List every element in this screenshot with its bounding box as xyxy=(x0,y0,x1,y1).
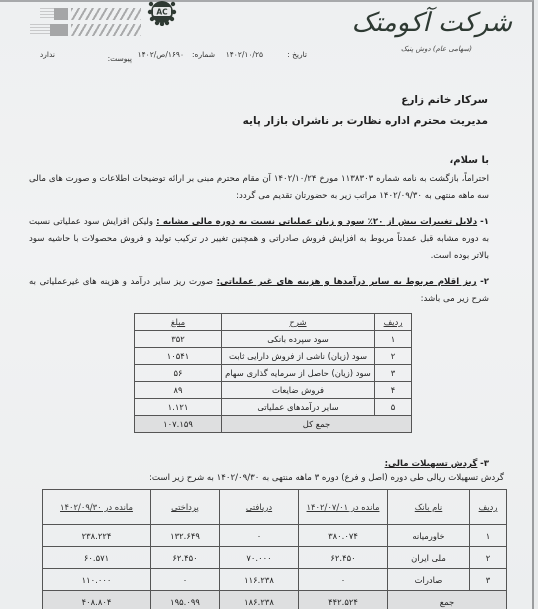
section-3-number: ۳- xyxy=(480,459,489,469)
section-2-number: ۲- xyxy=(480,277,489,287)
col-header-closing-balance: مانده در ۱۴۰۲/۰۹/۳۰ xyxy=(43,490,151,525)
number-label: شماره: xyxy=(192,50,215,59)
table-header-row: ردیف نام بانک مانده در ۱۴۰۲/۰۷/۰۱ دریافت… xyxy=(43,490,507,525)
section-3-text: گردش تسهیلات ریالی طی دوره (اصل و فرع) د… xyxy=(34,470,504,487)
date-label: تاریخ : xyxy=(287,50,307,59)
col-header-amount: مبلغ xyxy=(135,314,222,331)
company-logo-icon: AC xyxy=(147,0,177,26)
col-header-paid: پرداختی xyxy=(151,490,220,525)
table-row: ۲ سود (زیان) ناشی از فروش دارایی ثابت ۱۰… xyxy=(135,348,412,365)
section-3-heading: گردش تسهیلات مالی: xyxy=(385,459,478,469)
table-row: ۲ ملی ایران ۶۲.۴۵۰ ۷۰.۰۰۰ ۶۲.۴۵۰ ۶۰.۵۷۱ xyxy=(43,547,507,569)
table-row: ۵ سایر درآمدهای عملیاتی ۱.۱۲۱ xyxy=(135,399,412,416)
total-label: جمع xyxy=(388,591,507,609)
attachment-value: ندارد xyxy=(40,50,55,59)
total-value: ۱۰۷.۱۵۹ xyxy=(135,416,222,433)
company-subtitle: (سهامی عام) دوش پنیک xyxy=(401,45,472,53)
date-value: ۱۴۰۲/۱۰/۲۵ xyxy=(226,50,263,59)
col-header-opening-balance: مانده در ۱۴۰۲/۰۷/۰۱ xyxy=(299,490,388,525)
col-header-row-no: ردیف xyxy=(375,314,412,331)
recipient-name: سرکار خانم زارع xyxy=(401,94,488,106)
intro-paragraph: احتراماً، بازگشت به نامه شماره ۱۱۳۸۳۰۳ م… xyxy=(29,171,489,205)
col-header-row-no: ردیف xyxy=(470,490,507,525)
greeting: با سلام، xyxy=(449,155,489,166)
recipient-department: مدیریت محترم اداره نظارت بر ناشران بازار… xyxy=(243,115,488,127)
col-header-bank-name: نام بانک xyxy=(388,490,470,525)
table-row: ۳ سود (زیان) حاصل از سرمایه گذاری سهام ۵… xyxy=(135,365,412,382)
non-operating-income-table: ردیف شرح مبلغ ۱ سود سپرده بانکی ۳۵۲ ۲ سو… xyxy=(134,313,412,433)
table-total-row: جمع ۴۴۲.۵۲۴ ۱۸۶.۲۳۸ ۱۹۵.۰۹۹ ۴۰۸.۸۰۴ xyxy=(43,591,507,609)
table-row: ۱ سود سپرده بانکی ۳۵۲ xyxy=(135,331,412,348)
section-2: ۲- ریز اقلام مربوط به سایر درآمدها و هزی… xyxy=(29,274,489,308)
section-1: ۱- دلایل تغییرات بیش از ۲۰٪ سود و زیان ع… xyxy=(29,214,489,265)
loan-turnover-table: ردیف نام بانک مانده در ۱۴۰۲/۰۷/۰۱ دریافت… xyxy=(42,489,507,609)
letter-page: AC شرکت آکومتک (سهامی عام) دوش پنیک تاری… xyxy=(0,0,534,609)
attachment-label: پیوست: xyxy=(108,54,132,63)
col-header-received: دریافتی xyxy=(220,490,299,525)
table-row: ۳ صادرات ۰ ۱۱۶.۲۳۸ ۰ ۱۱۰.۰۰۰ xyxy=(43,569,507,591)
table-header-row: ردیف شرح مبلغ xyxy=(135,314,412,331)
table-row: ۴ فروش ضایعات ۸۹ xyxy=(135,382,412,399)
company-name: شرکت آکومتک xyxy=(352,8,512,38)
svg-text:AC: AC xyxy=(156,8,168,17)
table-row: ۱ خاورمیانه ۳۸۰.۰۷۴ ۰ ۱۳۲.۶۴۹ ۲۳۸.۲۲۴ xyxy=(43,525,507,547)
col-header-description: شرح xyxy=(222,314,375,331)
total-label: جمع کل xyxy=(222,416,412,433)
number-value: ۱۶۹۰/ص/۱۴۰۲ xyxy=(138,50,184,59)
section-1-heading: دلایل تغییرات بیش از ۲۰٪ سود و زیان عملی… xyxy=(156,217,477,227)
section-2-heading: ریز اقلام مربوط به سایر درآمدها و هزینه … xyxy=(217,277,477,287)
section-1-number: ۱- xyxy=(480,217,489,227)
table-total-row: جمع کل ۱۰۷.۱۵۹ xyxy=(135,416,412,433)
